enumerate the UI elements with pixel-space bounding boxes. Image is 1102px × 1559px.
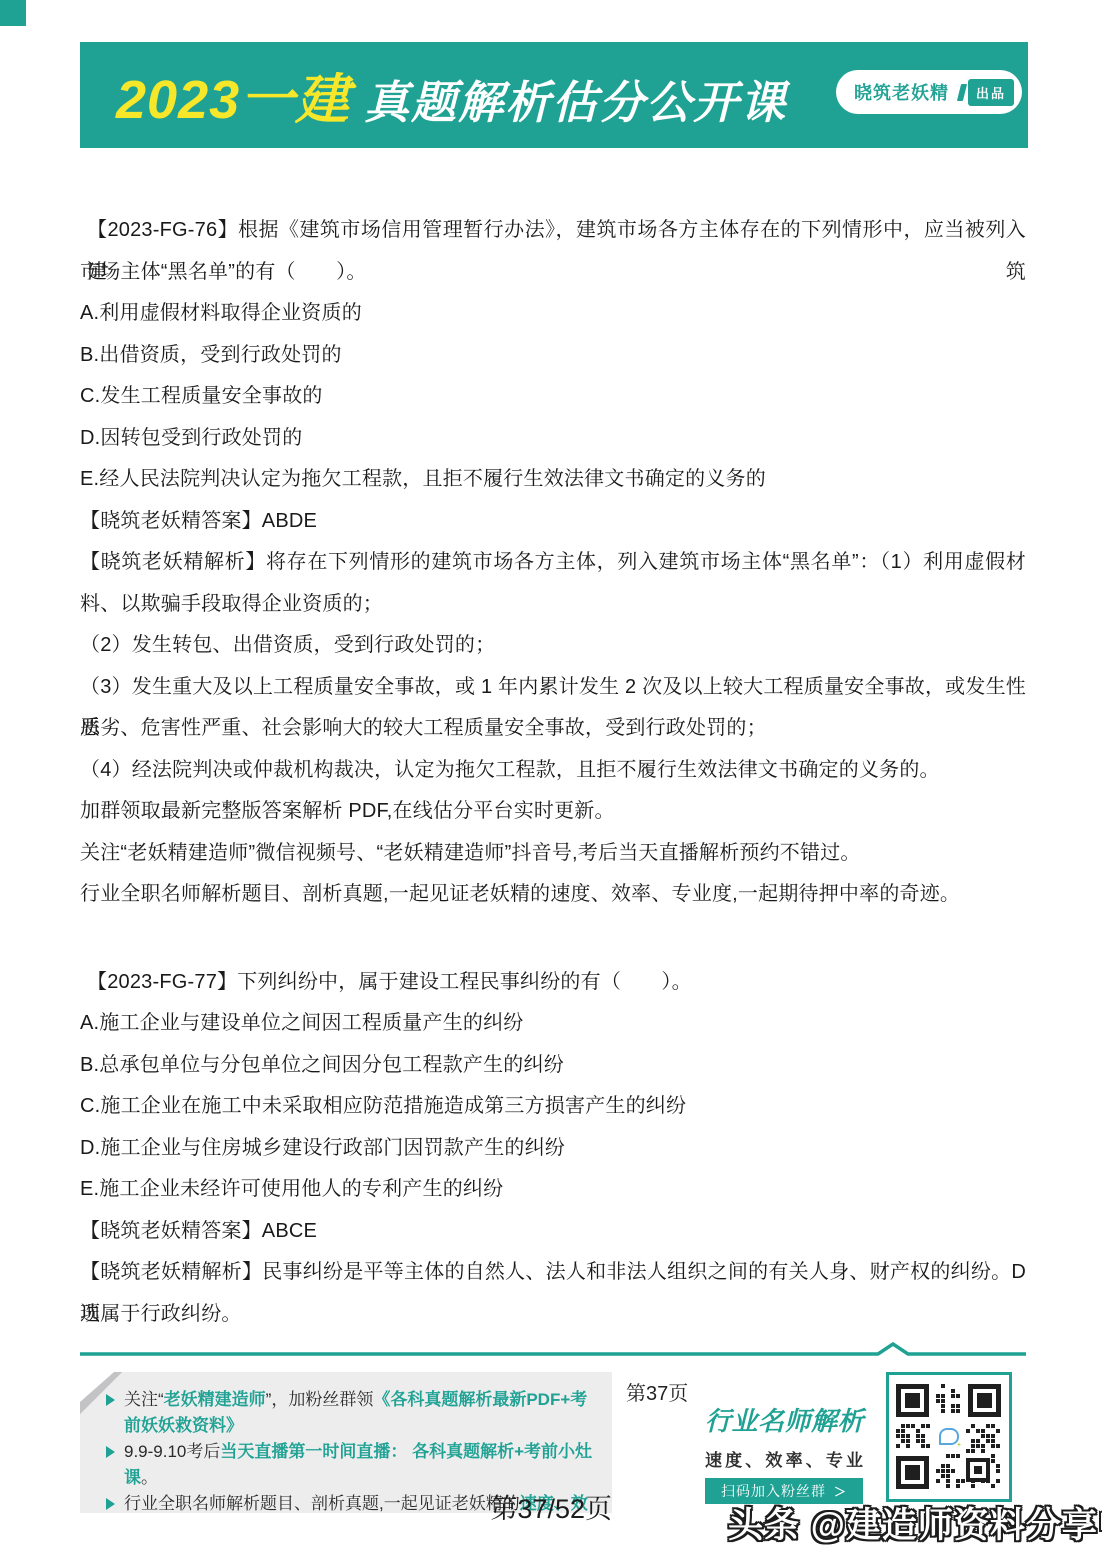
text-line: D.施工企业与住房城乡建设行政部门因罚款产生的纠纷 bbox=[80, 1128, 1026, 1170]
text-line: 【2023-FG-76】根据《建筑市场信用管理暂行办法》，建筑市场各方主体存在的… bbox=[80, 210, 1026, 252]
text-line: E.经人民法院判决认定为拖欠工程款，且拒不履行生效法律文书确定的义务的 bbox=[80, 459, 1026, 501]
text-line: 【晓筑老妖精答案】ABCE bbox=[80, 1211, 1026, 1253]
promo-column: 行业名师解析 速度、效率、专业 扫码加入粉丝群 ＞ bbox=[705, 1401, 867, 1504]
qr-finder-icon bbox=[896, 1384, 929, 1417]
text-line: 加群领取最新完整版答案解析 PDF,在线估分平台实时更新。 bbox=[80, 791, 1026, 833]
brand-badge: 出品 bbox=[968, 79, 1014, 106]
page-number: 第37/52页 bbox=[440, 1487, 612, 1526]
chat-bubble-icon bbox=[939, 1428, 959, 1445]
brand-pill: 晓筑老妖精 出品 bbox=[836, 70, 1022, 114]
text-line: （4）经法院判决或仲裁机构裁决，认定为拖欠工程款，且拒不履行生效法律文书确定的义… bbox=[80, 750, 1026, 792]
header-banner: 2023一建 真题解析估分公开课 晓筑老妖精 出品 bbox=[80, 42, 1028, 148]
corner-decoration bbox=[0, 0, 26, 26]
text-line: E.施工企业未经许可使用他人的专利产生的纠纷 bbox=[80, 1169, 1026, 1211]
text-line: （3）发生重大及以上工程质量安全事故，或 1 年内累计发生 2 次及以上较大工程… bbox=[80, 667, 1026, 709]
chevron-right-icon: ＞ bbox=[834, 1483, 847, 1500]
text-line: C.发生工程质量安全事故的 bbox=[80, 376, 1026, 418]
qr-modules bbox=[896, 1384, 1001, 1489]
text-line: 恶劣、危害性严重、社会影响大的较大工程质量安全事故，受到行政处罚的； bbox=[80, 708, 1026, 750]
text-line: 料、以欺骗手段取得企业资质的； bbox=[80, 584, 1026, 626]
promo-subtitle: 速度、效率、专业 bbox=[705, 1446, 863, 1471]
footer-bullet: 9.9-9.10考后当天直播第一时间直播： 各科真题解析+考前小灶课。 bbox=[106, 1439, 600, 1491]
text-line: 【晓筑老妖精解析】民事纠纷是平等主体的自然人、法人和非法人组织之间的有关人身、财… bbox=[80, 1252, 1026, 1294]
text-line: （2）发生转包、出借资质，受到行政处罚的； bbox=[80, 625, 1026, 667]
body-text: 【2023-FG-76】根据《建筑市场信用管理暂行办法》，建筑市场各方主体存在的… bbox=[80, 210, 1026, 1335]
banner-title-year: 2023一建 bbox=[116, 57, 350, 134]
qr-finder-icon bbox=[896, 1456, 929, 1489]
text-line: A.施工企业与建设单位之间因工程质量产生的纠纷 bbox=[80, 1003, 1026, 1045]
bullet-triangle-icon bbox=[106, 1394, 115, 1406]
watermark-text: 头条 @建造师资料分享中心 bbox=[728, 1498, 1102, 1548]
footer-divider-line bbox=[80, 1342, 1026, 1358]
text-line: 【晓筑老妖精答案】ABDE bbox=[80, 501, 1026, 543]
text-line: C.施工企业在施工中未采取相应防范措施造成第三方损害产生的纠纷 bbox=[80, 1086, 1026, 1128]
text-line: 【晓筑老妖精解析】将存在下列情形的建筑市场各方主体，列入建筑市场主体“黑名单”：… bbox=[80, 542, 1026, 584]
text-line: 关注“老妖精建造师”微信视频号、“老妖精建造师”抖音号,考后当天直播解析预约不错… bbox=[80, 833, 1026, 875]
qr-center-logo bbox=[935, 1423, 962, 1450]
text-line: A.利用虚假材料取得企业资质的 bbox=[80, 293, 1026, 335]
banner-title: 2023一建 真题解析估分公开课 bbox=[80, 57, 787, 134]
qr-code bbox=[886, 1372, 1012, 1502]
footer-bullet: 关注“老妖精建造师”，加粉丝群领《各科真题解析最新PDF+考前妖妖救资料》 bbox=[106, 1387, 600, 1439]
qr-finder-icon bbox=[968, 1384, 1001, 1417]
bullet-triangle-icon bbox=[106, 1446, 115, 1458]
text-line: 行业全职名师解析题目、剖析真题,一起见证老妖精的速度、效率、专业度,一起期待押中… bbox=[80, 874, 1026, 916]
brand-name: 晓筑老妖精 bbox=[854, 79, 949, 105]
page-number-inline: 第37页 bbox=[626, 1377, 688, 1406]
text-line: D.因转包受到行政处罚的 bbox=[80, 418, 1026, 460]
text-line: B.出借资质，受到行政处罚的 bbox=[80, 335, 1026, 377]
document-page: 2023一建 真题解析估分公开课 晓筑老妖精 出品 【2023-FG-76】根据… bbox=[0, 0, 1102, 1559]
bullet-triangle-icon bbox=[106, 1498, 115, 1510]
text-line: B.总承包单位与分包单位之间因分包工程款产生的纠纷 bbox=[80, 1045, 1026, 1087]
promo-title: 行业名师解析 bbox=[705, 1401, 867, 1438]
brand-flag-icon bbox=[957, 84, 967, 101]
text-line: 【2023-FG-77】下列纠纷中，属于建设工程民事纠纷的有（ ）。 bbox=[80, 962, 1026, 1004]
banner-title-text: 真题解析估分公开课 bbox=[364, 66, 787, 131]
text-line: 项属于行政纠纷。 bbox=[80, 1294, 1026, 1336]
